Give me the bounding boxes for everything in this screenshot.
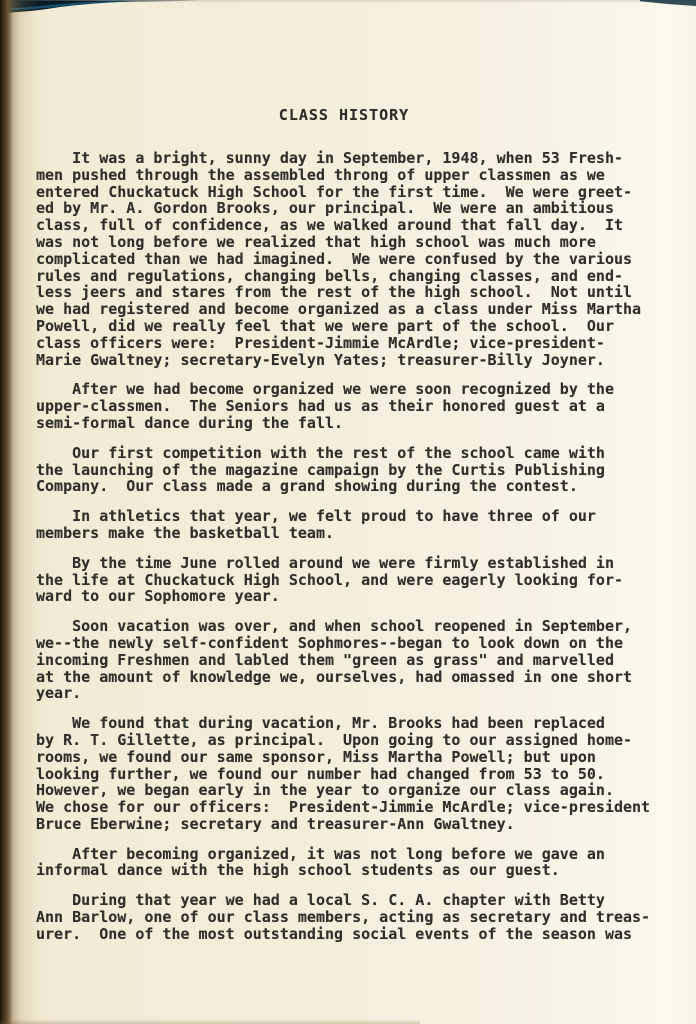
document-body: It was a bright, sunny day in September,… bbox=[36, 150, 676, 956]
paragraph-june: By the time June rolled around we were f… bbox=[36, 555, 676, 605]
paragraph-freshman-year: It was a bright, sunny day in September,… bbox=[36, 150, 676, 368]
paragraph-informal-dance: After becoming organized, it was not lon… bbox=[36, 846, 676, 880]
page-edge-shadow-top bbox=[0, 0, 696, 22]
page-title: CLASS HISTORY bbox=[36, 106, 652, 124]
paragraph-sca-chapter: During that year we had a local S. C. A.… bbox=[36, 892, 676, 942]
scanned-page: CLASS HISTORY It was a bright, sunny day… bbox=[0, 0, 696, 1024]
paragraph-recognized: After we had become organized we were so… bbox=[36, 381, 676, 431]
paragraph-magazine-campaign: Our first competition with the rest of t… bbox=[36, 445, 676, 495]
paragraph-new-principal: We found that during vacation, Mr. Brook… bbox=[36, 715, 676, 833]
page-bottom-shading bbox=[0, 1019, 420, 1024]
paragraph-sophomore-return: Soon vacation was over, and when school … bbox=[36, 618, 676, 702]
page-top-shading bbox=[0, 0, 696, 3]
paragraph-athletics: In athletics that year, we felt proud to… bbox=[36, 508, 676, 542]
book-gutter-shadow bbox=[0, 0, 40, 1024]
